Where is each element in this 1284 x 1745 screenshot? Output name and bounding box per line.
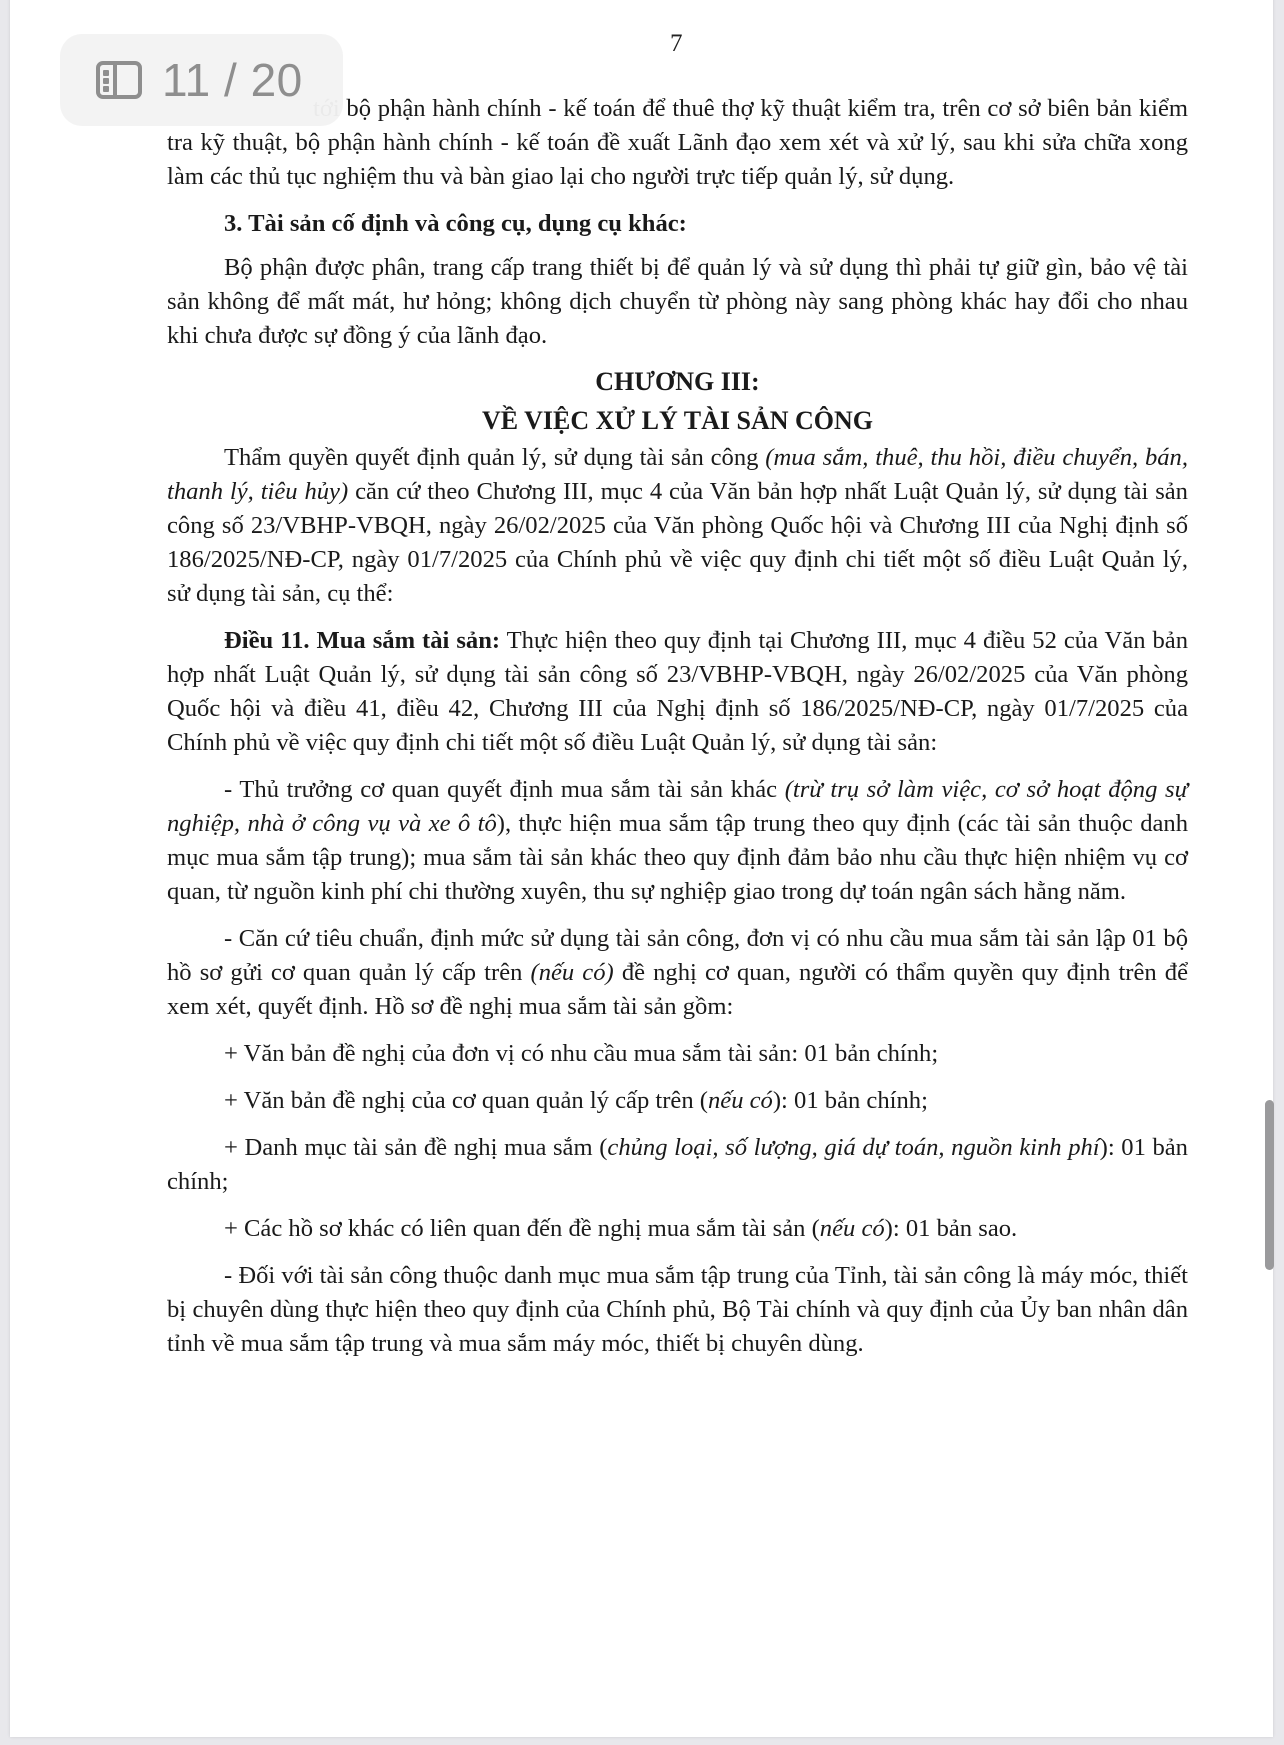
- article-11-label: Điều 11. Mua sắm tài sản:: [224, 627, 500, 654]
- scrollbar-thumb[interactable]: [1265, 1100, 1274, 1270]
- doc-italic: chủng loại, số lượng, giá dự toán, nguồn…: [607, 1134, 1099, 1161]
- article-11: Điều 11. Mua sắm tài sản: Thực hiện theo…: [167, 624, 1188, 760]
- doc-italic: nếu có: [708, 1087, 773, 1114]
- section-heading-3: 3. Tài sản cố định và công cụ, dụng cụ k…: [167, 207, 1188, 241]
- page-indicator[interactable]: 11 / 20: [60, 34, 343, 126]
- sidebar-thumbnails-icon[interactable]: [96, 61, 142, 99]
- doc-text: + Danh mục tài sản đề nghị mua sắm (: [224, 1134, 607, 1161]
- doc-list-item: + Các hồ sơ khác có liên quan đến đề ngh…: [167, 1212, 1188, 1246]
- article-11-item-2: - Căn cứ tiêu chuẩn, định mức sử dụng tà…: [167, 922, 1188, 1024]
- scrollbar-track[interactable]: [1262, 0, 1278, 1737]
- section-3-body: Bộ phận được phân, trang cấp trang thiết…: [167, 251, 1188, 353]
- item-text: - Thủ trưởng cơ quan quyết định mua sắm …: [224, 776, 785, 803]
- doc-italic: nếu có: [820, 1215, 885, 1242]
- doc-text-end: ): 01 bản chính;: [773, 1087, 928, 1114]
- chapter-title: CHƯƠNG III:: [167, 363, 1188, 401]
- doc-list-item: + Văn bản đề nghị của cơ quan quản lý cấ…: [167, 1084, 1188, 1118]
- doc-text: + Các hồ sơ khác có liên quan đến đề ngh…: [224, 1215, 820, 1242]
- pdf-viewer: 7 tới bộ phận hành chính - kế toán để th…: [0, 0, 1284, 1745]
- page-number: 7: [670, 30, 683, 58]
- page-counter: 11 / 20: [162, 53, 303, 107]
- page-content: tới bộ phận hành chính - kế toán để thuê…: [167, 92, 1188, 1361]
- item-italic: (nếu có): [531, 959, 614, 986]
- article-11-item-1: - Thủ trưởng cơ quan quyết định mua sắm …: [167, 773, 1188, 909]
- doc-list-item: + Văn bản đề nghị của đơn vị có nhu cầu …: [167, 1037, 1188, 1071]
- doc-text: + Văn bản đề nghị của cơ quan quản lý cấ…: [224, 1087, 708, 1114]
- chapter-intro: Thẩm quyền quyết định quản lý, sử dụng t…: [167, 441, 1188, 611]
- doc-text: + Văn bản đề nghị của đơn vị có nhu cầu …: [224, 1040, 938, 1067]
- doc-text-end: ): 01 bản sao.: [885, 1215, 1018, 1242]
- doc-list-item: + Danh mục tài sản đề nghị mua sắm (chủn…: [167, 1131, 1188, 1199]
- intro-text: Thẩm quyền quyết định quản lý, sử dụng t…: [224, 444, 765, 471]
- article-11-item-3: - Đối với tài sản công thuộc danh mục mu…: [167, 1259, 1188, 1361]
- chapter-subtitle: VỀ VIỆC XỬ LÝ TÀI SẢN CÔNG: [167, 401, 1188, 441]
